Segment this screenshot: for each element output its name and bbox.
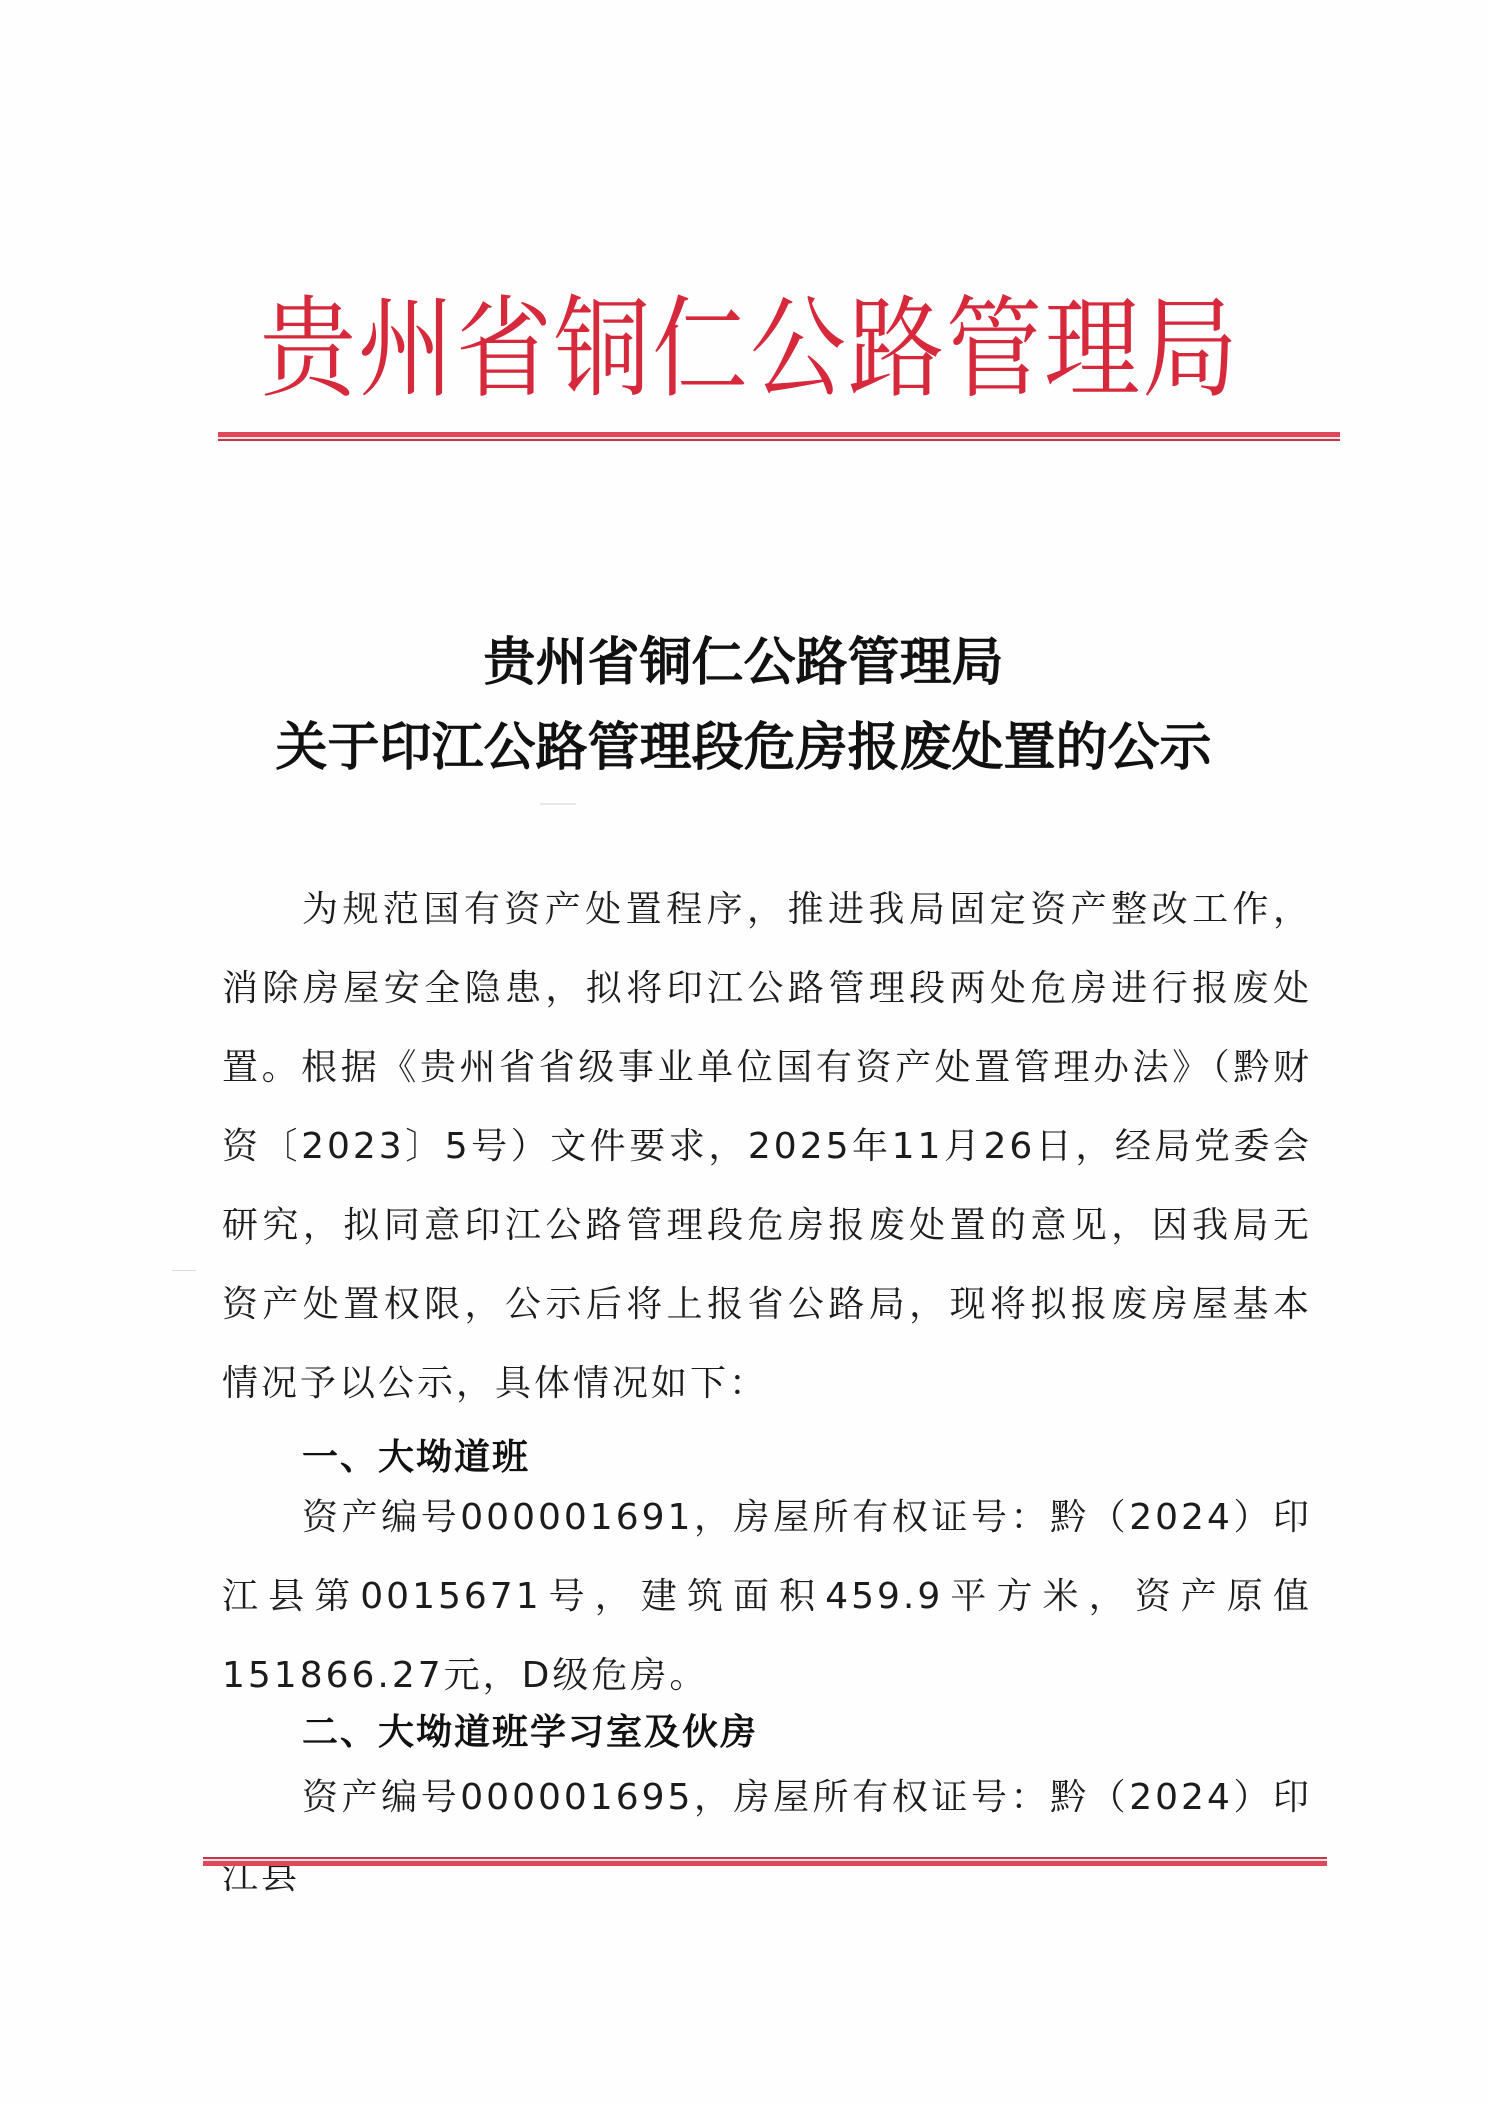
rule-thin-line [218, 439, 1340, 441]
document-title-line-1: 贵州省铜仁公路管理局 [150, 633, 1337, 693]
document-page: 贵州省铜仁公路管理局 贵州省铜仁公路管理局 关于印江公路管理段危房报废处置的公示… [0, 0, 1487, 2105]
section-1-text: 资产编号000001691，房屋所有权证号：黔（2024）印江县第0015671… [222, 1478, 1312, 1715]
section-heading-2: 二、大坳道班学习室及伙房 [302, 1703, 758, 1763]
document-title-line-2: 关于印江公路管理段危房报废处置的公示 [150, 718, 1337, 778]
rule-thick-line [203, 1861, 1327, 1866]
masthead-red-rule [218, 432, 1340, 441]
section-2-text: 资产编号000001695，房屋所有权证号：黔（2024）印江县 [222, 1758, 1312, 1916]
section-1-paragraph: 资产编号000001691，房屋所有权证号：黔（2024）印江县第0015671… [222, 1478, 1312, 1715]
scan-artifact [540, 803, 576, 805]
intro-paragraph: 为规范国有资产处置程序，推进我局固定资产整改工作，消除房屋安全隐患，拟将印江公路… [222, 870, 1312, 1423]
section-2-paragraph: 资产编号000001695，房屋所有权证号：黔（2024）印江县 [222, 1758, 1312, 1916]
scan-artifact [172, 1270, 196, 1271]
intro-text: 为规范国有资产处置程序，推进我局固定资产整改工作，消除房屋安全隐患，拟将印江公路… [222, 870, 1312, 1423]
footer-red-rule [203, 1857, 1327, 1866]
masthead-title: 贵州省铜仁公路管理局 [220, 280, 1280, 418]
